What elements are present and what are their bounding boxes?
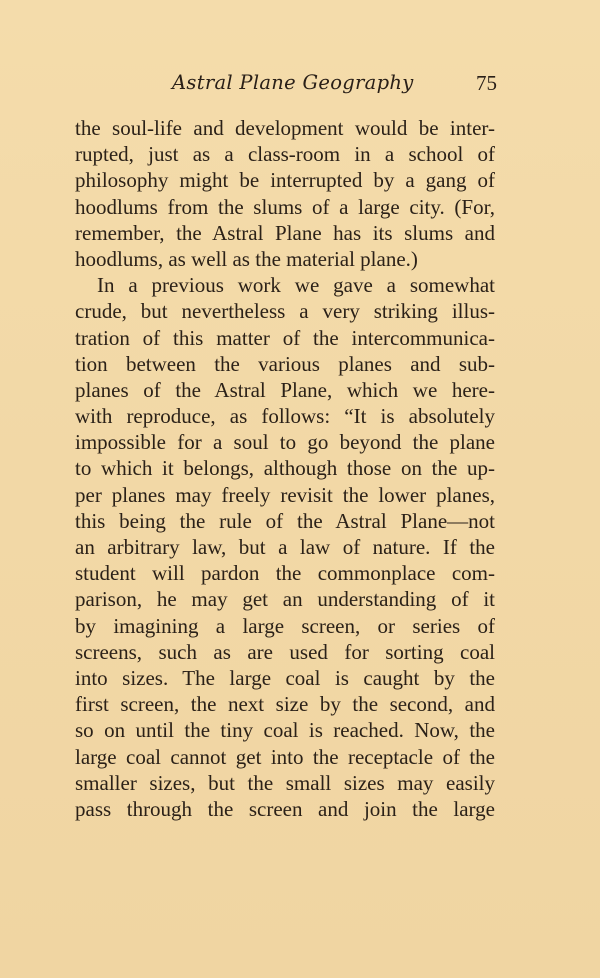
text-line: In a previous work we gave a somewhat <box>75 272 495 298</box>
text-line: by imagining a large screen, or series o… <box>75 613 495 639</box>
text-line: this being the rule of the Astral Plane—… <box>75 508 495 534</box>
text-line: crude, but nevertheless a very striking … <box>75 298 495 324</box>
text-line: student will pardon the commonplace com- <box>75 560 495 586</box>
text-line: hoodlums from the slums of a large city.… <box>75 194 495 220</box>
text-line: screens, such as are used for sorting co… <box>75 639 495 665</box>
text-line: with reproduce, as follows: “It is absol… <box>75 403 495 429</box>
text-line: rupted, just as a class-room in a school… <box>75 141 495 167</box>
paragraph-1: the soul-life and development would be i… <box>75 115 495 272</box>
text-line: remember, the Astral Plane has its slums… <box>75 220 495 246</box>
text-line: philosophy might be interrupted by a gan… <box>75 167 495 193</box>
text-line: per planes may freely revisit the lower … <box>75 482 495 508</box>
page-number: 75 <box>476 71 497 96</box>
text-line: planes of the Astral Plane, which we her… <box>75 377 495 403</box>
text-line: first screen, the next size by the secon… <box>75 691 495 717</box>
body-text: the soul-life and development would be i… <box>75 115 495 822</box>
text-line: into sizes. The large coal is caught by … <box>75 665 495 691</box>
text-line: so on until the tiny coal is reached. No… <box>75 717 495 743</box>
text-line: large coal cannot get into the receptacl… <box>75 744 495 770</box>
text-line: an arbitrary law, but a law of nature. I… <box>75 534 495 560</box>
text-line: to which it belongs, although those on t… <box>75 455 495 481</box>
text-line: impossible for a soul to go beyond the p… <box>75 429 495 455</box>
running-head: Astral Plane Geography 75 <box>172 71 502 101</box>
text-line: smaller sizes, but the small sizes may e… <box>75 770 495 796</box>
text-line: pass through the screen and join the lar… <box>75 796 495 822</box>
text-line: hoodlums, as well as the material plane.… <box>75 246 495 272</box>
book-page: Astral Plane Geography 75 the soul-life … <box>0 0 600 978</box>
text-line: tration of this matter of the intercommu… <box>75 325 495 351</box>
text-line: tion between the various planes and sub- <box>75 351 495 377</box>
text-line: the soul-life and development would be i… <box>75 115 495 141</box>
running-title: Astral Plane Geography <box>172 71 414 94</box>
text-line: parison, he may get an understanding of … <box>75 586 495 612</box>
paragraph-2: In a previous work we gave a somewhat cr… <box>75 272 495 822</box>
